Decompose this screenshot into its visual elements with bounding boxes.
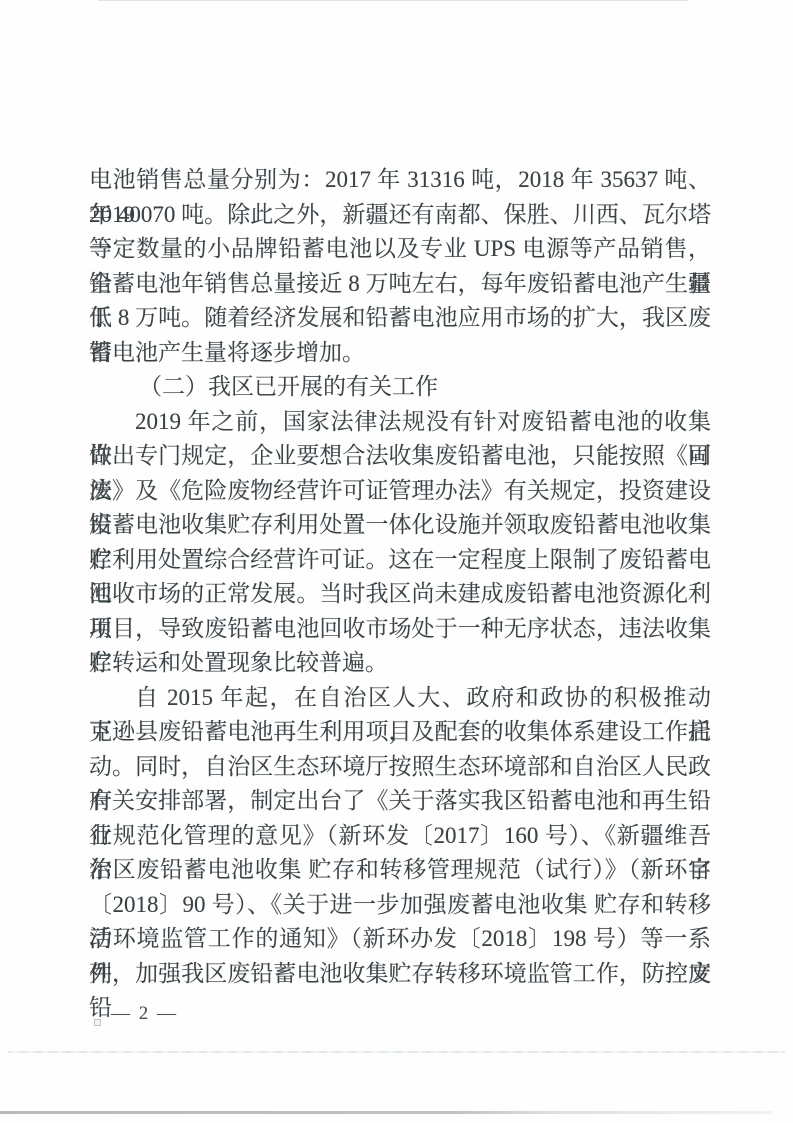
text-line: 做出专门规定，企业要想合法收集废铅蓄电池，只能按照《固废 [89,439,711,474]
text-line: 于 8 万吨。随着经济发展和铅蓄电池应用市场的扩大，我区废铅 [89,301,711,336]
text-line: 治区废铅蓄电池收集 贮存和转移管理规范（试行）》（新环字 [89,853,711,888]
scan-edge-artifact [98,0,688,1]
scan-streak-artifact [0,1111,772,1114]
text-line: 存转运和处置现象比较普遍。 [89,646,711,681]
scan-speck-artifact [94,1019,101,1026]
text-line: 克逊县废铅蓄电池再生利用项目及配套的收集体系建设工作启 [89,715,711,750]
text-line: 铅蓄电池收集贮存利用处置一体化设施并领取废铅蓄电池收集贮 [89,508,711,543]
text-line: 〔2018〕90 号）、《关于进一步加强废蓄电池收集 贮存和转移活 [89,888,711,923]
document-body: 电池销售总量分别为：2017 年 31316 吨，2018 年 35637 吨、… [89,163,711,991]
page-number: — 2 — [111,1003,178,1025]
text-line: 自 2015 年起，在自治区人大、政府和政协的积极推动下，托 [89,681,711,716]
text-line: 存利用处置综合经营许可证。这在一定程度上限制了废铅蓄电池 [89,543,711,578]
text-line: 法》及《危险废物经营许可证管理办法》有关规定，投资建设废 [89,474,711,509]
section-heading: （二）我区已开展的有关工作 [89,370,711,405]
text-line: 蓄电池产生量将逐步增加。 [89,336,711,371]
text-line: 一定数量的小品牌铅蓄电池以及专业 UPS 电源等产品销售，全疆 [89,232,711,267]
text-line: 动。同时，自治区生态环境厅按照生态环境部和自治区人民政府 [89,750,711,785]
text-line: 业规范化管理的意见》（新环发〔2017〕160 号）、《新疆维吾尔自 [89,819,711,854]
text-line: 回收市场的正常发展。当时我区尚未建成废铅蓄电池资源化利用 [89,577,711,612]
text-line: 动环境监管工作的通知》（新环办发〔2018〕198 号）等一系列文 [89,922,711,957]
text-line: 件，加强我区废铅蓄电池收集贮存转移环境监管工作，防控废铅 [89,957,711,992]
scanned-document-page: 电池销售总量分别为：2017 年 31316 吨，2018 年 35637 吨、… [0,0,793,1123]
text-line: 项目，导致废铅蓄电池回收市场处于一种无序状态，违法收集贮 [89,612,711,647]
scan-streak-artifact [8,1051,785,1053]
text-line: 2019 年之前，国家法律法规没有针对废铅蓄电池的收集许可 [89,405,711,440]
text-line: 有关安排部署，制定出台了《关于落实我区铅蓄电池和再生铅行 [89,784,711,819]
text-line: 电池销售总量分别为：2017 年 31316 吨，2018 年 35637 吨、… [89,163,711,198]
text-line: 铅蓄电池年销售总量接近 8 万吨左右，每年废铅蓄电池产生量低 [89,267,711,302]
text-line: 年 40070 吨。除此之外，新疆还有南都、保胜、川西、瓦尔塔等 [89,198,711,233]
